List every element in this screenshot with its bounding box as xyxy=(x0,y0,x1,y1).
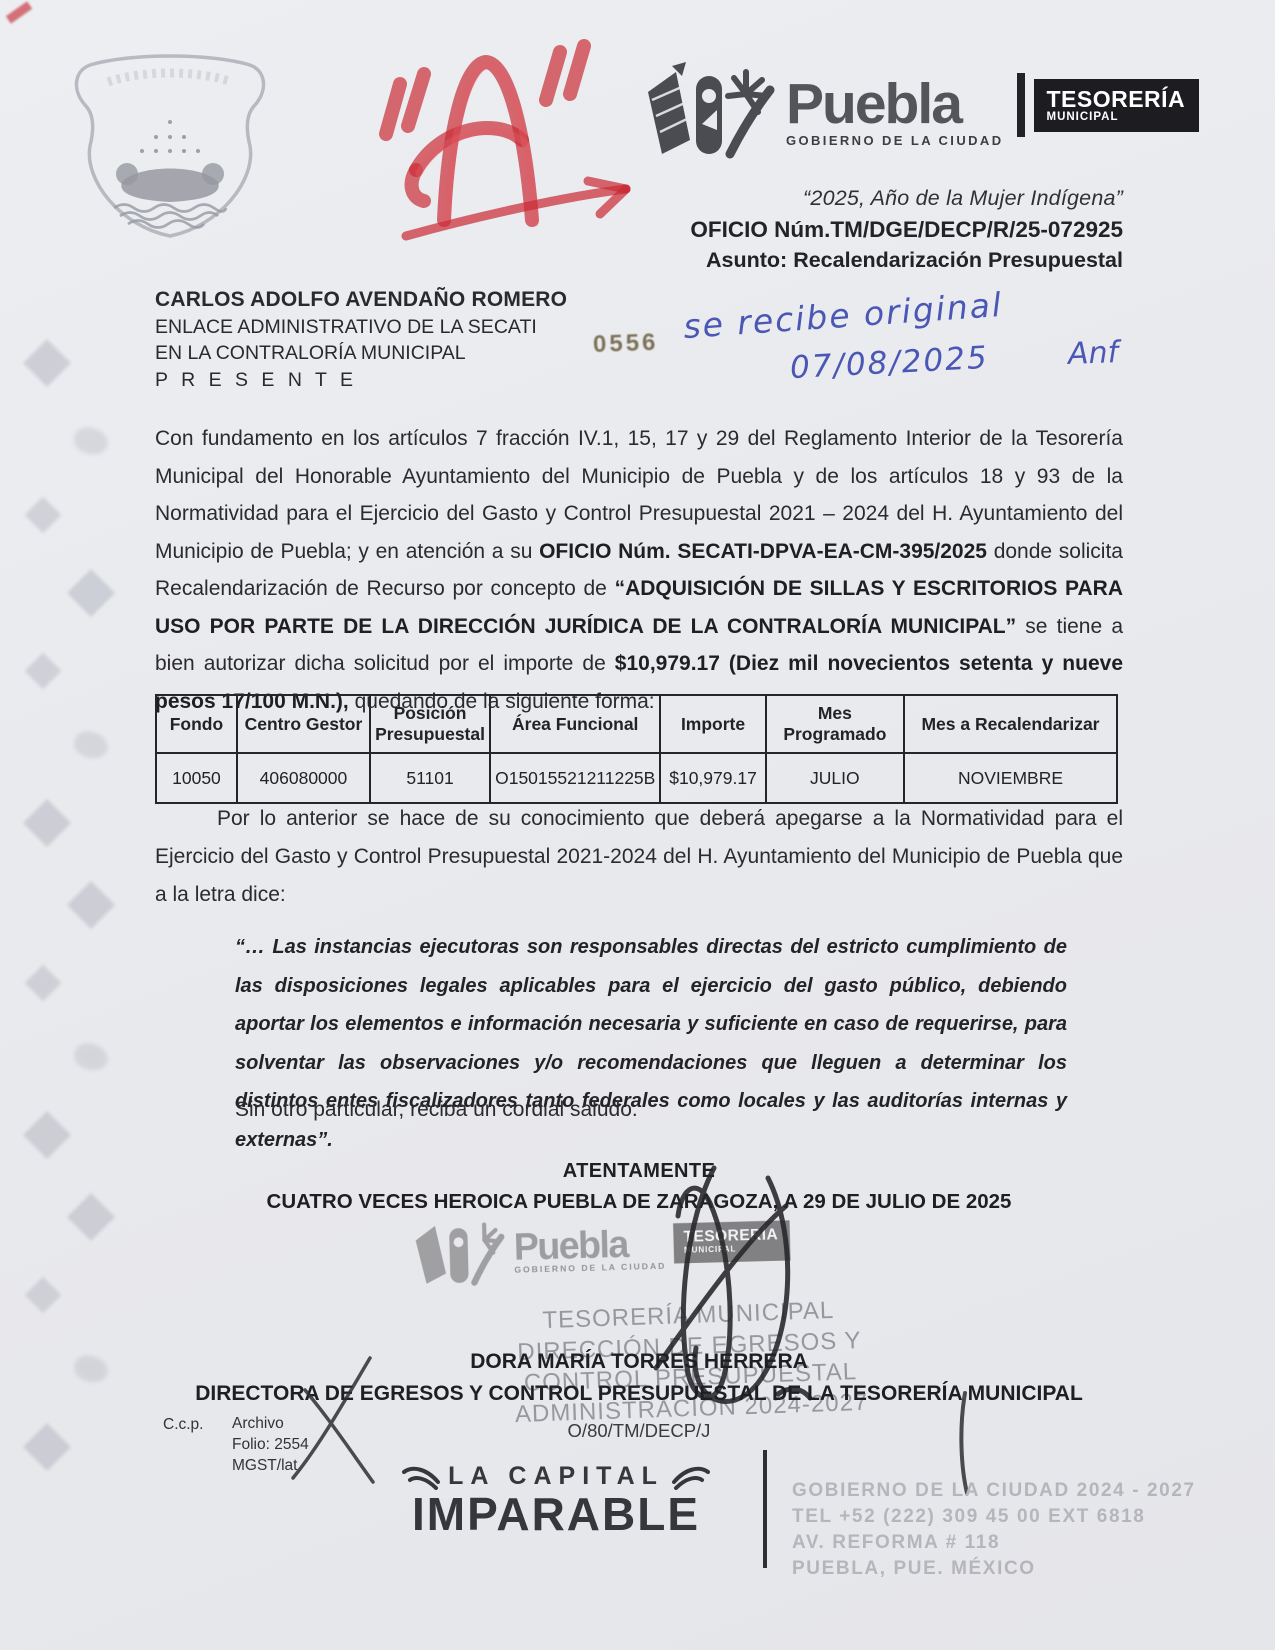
footer-divider xyxy=(763,1450,767,1568)
margin-ornament xyxy=(67,569,115,617)
brand-tagline: GOBIERNO DE LA CIUDAD xyxy=(786,133,1003,148)
year-legend: “2025, Año de la Mujer Indígena” xyxy=(400,186,1123,211)
signature-scribble xyxy=(618,1158,818,1418)
brand-text: Puebla xyxy=(786,75,1003,133)
col-header-area-funcional: Área Funcional xyxy=(490,695,660,753)
footer-address-line: AV. REFORMA # 118 xyxy=(792,1530,1196,1556)
body-paragraph-2: Por lo anterior se hace de su conocimien… xyxy=(155,800,1123,914)
normativity-quote: “… Las instancias ejecutoras son respons… xyxy=(235,928,1067,1159)
margin-ornament xyxy=(23,1423,71,1471)
slogan-top-text: LA CAPITAL xyxy=(448,1462,664,1491)
margin-ornament xyxy=(23,339,71,387)
cell-centro-gestor: 406080000 xyxy=(237,753,370,803)
cell-fondo: 10050 xyxy=(156,753,237,803)
margin-ornament xyxy=(23,1111,71,1159)
subject-line: Asunto: Recalendarización Presupuestal xyxy=(400,248,1123,273)
margin-ornament xyxy=(67,1193,115,1241)
cc-signature-scribble xyxy=(275,1350,405,1490)
cell-mes-recalendarizar: NOVIEMBRE xyxy=(904,753,1117,803)
cell-posicion: 51101 xyxy=(370,753,490,803)
closing-line: Sin otro particular, reciba un cordial s… xyxy=(235,1098,638,1122)
margin-ornament xyxy=(72,425,111,458)
stamp-logo-icons xyxy=(408,1215,508,1290)
received-folio-stamp: 0556 xyxy=(593,329,659,359)
recipient-name: CARLOS ADOLFO AVENDAÑO ROMERO xyxy=(155,287,567,314)
handwritten-received-date: 07/08/2025 xyxy=(789,340,989,386)
cell-mes-programado: JULIO xyxy=(766,753,904,803)
puebla-logo: Puebla GOBIERNO DE LA CIUDAD TESORERÍA M… xyxy=(638,60,1199,162)
oficio-number: OFICIO Núm.TM/DGE/DECP/R/25-072925 xyxy=(400,217,1123,243)
cc-label: C.c.p. xyxy=(163,1416,203,1434)
cell-importe: $10,979.17 xyxy=(660,753,765,803)
coat-of-arms-watermark-icon xyxy=(70,50,270,240)
margin-ornament xyxy=(23,799,71,847)
handwritten-received-note: se recibe original xyxy=(682,285,1004,346)
city-slogan: LA CAPITAL IMPARABLE xyxy=(388,1462,724,1537)
recipient-line: ENLACE ADMINISTRATIVO DE LA SECATI xyxy=(155,314,567,341)
margin-ornament-column xyxy=(22,322,142,1488)
badge-separator xyxy=(1017,73,1025,137)
recipient-presente: P R E S E N T E xyxy=(155,367,567,394)
puebla-logo-icons xyxy=(638,60,778,162)
table-row: 10050 406080000 51101 O15015521211225B $… xyxy=(156,753,1117,803)
footer-address-block: GOBIERNO DE LA CIUDAD 2024 - 2027 TEL +5… xyxy=(792,1478,1196,1582)
table-header-row: Fondo Centro Gestor Posición Presupuesta… xyxy=(156,695,1117,753)
cell-area-funcional: O15015521211225B xyxy=(490,753,660,803)
col-header-mes-recalendarizar: Mes a Recalendarizar xyxy=(904,695,1117,753)
margin-ornament xyxy=(67,881,115,929)
slogan-bottom-text: IMPARABLE xyxy=(388,1491,724,1537)
footer-address-line: PUEBLA, PUE. MÉXICO xyxy=(792,1556,1196,1582)
tesoreria-badge: TESORERÍA MUNICIPAL xyxy=(1034,79,1199,132)
col-header-mes-programado: Mes Programado xyxy=(766,695,904,753)
p1-oficio-ref: OFICIO Núm. SECATI-DPVA-EA-CM-395/2025 xyxy=(539,540,987,563)
col-header-fondo: Fondo xyxy=(156,695,237,753)
footer-address-line: GOBIERNO DE LA CIUDAD 2024 - 2027 xyxy=(792,1478,1196,1504)
badge-subtitle: MUNICIPAL xyxy=(1046,111,1185,123)
margin-ornament xyxy=(72,1353,111,1386)
handwritten-initials: Anf xyxy=(1067,335,1118,372)
red-corner-mark xyxy=(6,1,32,23)
header-right-block: “2025, Año de la Mujer Indígena” OFICIO … xyxy=(400,186,1123,273)
margin-ornament xyxy=(25,965,62,1002)
col-header-posicion: Posición Presupuestal xyxy=(370,695,490,753)
slogan-top-row: LA CAPITAL xyxy=(388,1462,724,1491)
left-wing-icon xyxy=(400,1464,440,1490)
margin-ornament xyxy=(25,653,62,690)
col-header-centro-gestor: Centro Gestor xyxy=(237,695,370,753)
margin-ornament xyxy=(72,1041,111,1074)
recalendarization-table: Fondo Centro Gestor Posición Presupuesta… xyxy=(155,694,1118,804)
margin-ornament xyxy=(25,497,62,534)
col-header-importe: Importe xyxy=(660,695,765,753)
footer-address-line: TEL +52 (222) 309 45 00 EXT 6818 xyxy=(792,1504,1196,1530)
puebla-wordmark: Puebla GOBIERNO DE LA CIUDAD xyxy=(786,75,1003,148)
scanned-document-page: Puebla GOBIERNO DE LA CIUDAD TESORERÍA M… xyxy=(0,0,1275,1650)
margin-ornament xyxy=(72,729,111,762)
margin-ornament xyxy=(25,1277,62,1314)
recipient-line: EN LA CONTRALORÍA MUNICIPAL xyxy=(155,340,567,367)
recipient-block: CARLOS ADOLFO AVENDAÑO ROMERO ENLACE ADM… xyxy=(155,287,567,393)
badge-title: TESORERÍA xyxy=(1046,87,1185,111)
body-paragraph-1: Con fundamento en los artículos 7 fracci… xyxy=(155,420,1123,720)
right-wing-icon xyxy=(672,1464,712,1490)
